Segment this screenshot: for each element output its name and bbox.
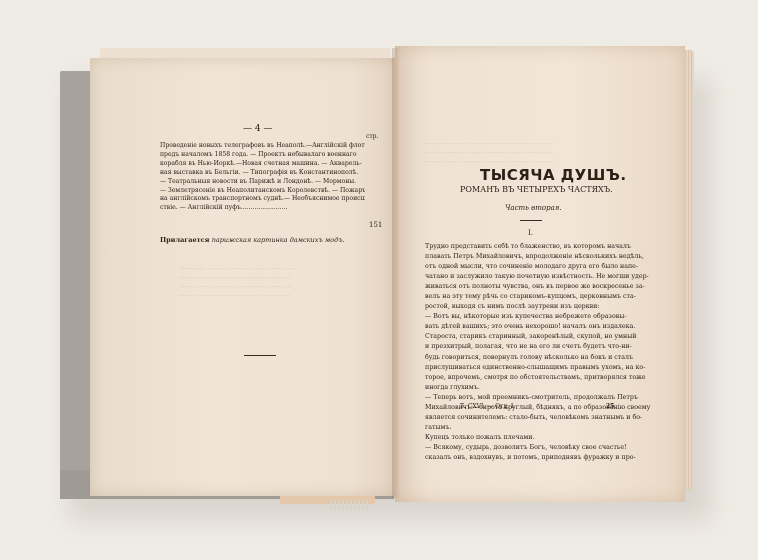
- body-line: будь говориться, повернулъ голову нѣскол…: [425, 353, 670, 363]
- contents-line: на англійскомъ транспортномъ суднѣ.— Нео…: [160, 195, 365, 204]
- body-line: Трудно представить себѣ то блаженство, в…: [425, 242, 670, 252]
- novel-subtitle: РОМАНЪ ВЪ ЧЕТЫРЕХЪ ЧАСТЯХЪ.: [460, 186, 613, 194]
- supplement-bold: Прилагается: [160, 236, 209, 244]
- section-rule: [520, 220, 542, 221]
- supplement-italic: парижская картинка дамскихъ модъ.: [212, 236, 345, 244]
- contents-line: Проведеніе новыхъ телеграфовъ въ Неаполѣ…: [160, 142, 365, 151]
- body-line: — Всякому, судырь, дозволитъ Богъ, челов…: [425, 443, 670, 453]
- body-line: и презхитрый, полагая, что не на его ли …: [425, 342, 670, 352]
- body-line: чатано и заслужило такую почетную извѣст…: [425, 272, 670, 282]
- body-line: Купецъ только пожалъ плечами.: [425, 433, 670, 443]
- contents-page-ref: 151: [369, 222, 382, 229]
- body-line: отъ одной мысли, что сочиненіе молодаго …: [425, 262, 670, 272]
- contents-line: предъ началомъ 1858 года. — Проектъ небы…: [160, 151, 365, 160]
- frayed-binding: [330, 500, 370, 510]
- body-line: прислушиваться единственно-слышащимъ пра…: [425, 363, 670, 373]
- body-line: — Теперь вотъ, мой преемникъ-смотритель,…: [425, 393, 670, 403]
- footer-signature: Т. CXVI. — Отд. I.: [460, 404, 515, 410]
- footer-sheet-number: 25: [606, 404, 614, 410]
- body-line: вать дѣтей вашихъ; это очень нехорошо! н…: [425, 322, 670, 332]
- part-heading: Часть вторая.: [505, 205, 562, 212]
- body-line: иногда глухимъ.: [425, 383, 670, 393]
- body-line: торое, впрочемъ, смотря по обстоятельств…: [425, 373, 670, 383]
- body-line: является сочинителемъ: стало-быть, челов…: [425, 413, 670, 423]
- contents-line: — Землетрясеніе въ Неаполитанскомъ Корол…: [160, 187, 365, 196]
- novel-title: ТЫСЯЧА ДУШЪ.: [480, 168, 627, 183]
- body-line: ростой, выходя съ нимъ послѣ заутрени из…: [425, 302, 670, 312]
- body-line: сказалъ онъ, вздохнувъ, и потомъ, припод…: [425, 453, 670, 463]
- page-number: — 4 —: [243, 125, 272, 134]
- body-text: Трудно представить себѣ то блаженство, в…: [425, 242, 670, 463]
- book-gutter: [392, 48, 400, 498]
- body-line: велъ на эту тему рѣчь со старикомъ-купцо…: [425, 292, 670, 302]
- column-label: стр.: [366, 134, 378, 140]
- contents-line: ная выставка въ Бельгіи. — Типографія въ…: [160, 169, 365, 178]
- body-line: — Вотъ вы, нѣкоторые изъ купечества небр…: [425, 312, 670, 322]
- supplement-note: Прилагается парижская картинка дамскихъ …: [160, 237, 345, 244]
- section-rule: [244, 355, 276, 356]
- show-through-text: ─────── ───── ────── ──── ───── ────────…: [425, 140, 554, 167]
- body-line: плавать Петръ Михайловичъ, впродолженіе …: [425, 252, 670, 262]
- table-of-contents: Проведеніе новыхъ телеграфовъ въ Неаполѣ…: [160, 142, 365, 213]
- body-line: Староста, старикъ старинный, закоренѣлый…: [425, 332, 670, 342]
- chapter-number: I.: [528, 230, 533, 237]
- body-line: гатымъ.: [425, 423, 670, 433]
- contents-line: корабля въ Нью-Йоркѣ.—Новая счетная маши…: [160, 160, 365, 169]
- contents-line: — Театральныя новости въ Парижѣ и Лондон…: [160, 178, 365, 187]
- body-line: живаться отъ полноты чувства, онъ въ пер…: [425, 282, 670, 292]
- show-through-text: ─────── ───── ────── ──── ───── ────── ─…: [180, 265, 294, 301]
- contents-line: ствіе. — Англійскій пуфъ................…: [160, 204, 365, 213]
